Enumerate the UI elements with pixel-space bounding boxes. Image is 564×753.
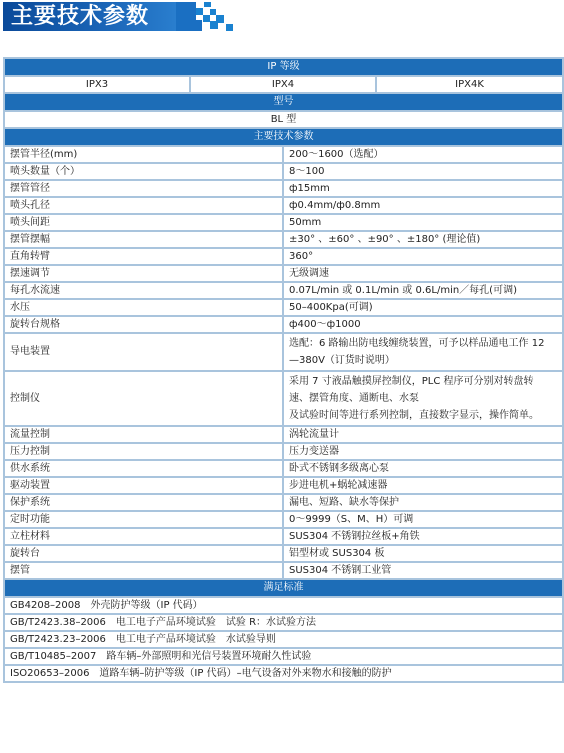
standard-item: GB/T2423.38–2006 电工电子产品环境试验 试验 R：水试验方法 bbox=[4, 614, 563, 631]
param-label: 喷头数量（个） bbox=[4, 163, 283, 180]
table-row: 旋转台铝型材或 SUS304 板 bbox=[4, 545, 563, 562]
model-header: 型号 bbox=[4, 93, 563, 111]
param-value: ±30° 、±60° 、±90° 、±180° (理论值) bbox=[283, 231, 563, 248]
table-row: 立柱材料SUS304 不锈钢拉丝板+角铁 bbox=[4, 528, 563, 545]
param-value: 0.07L/min 或 0.1L/min 或 0.6L/min／每孔(可调) bbox=[283, 282, 563, 299]
table-row: 控制仪 采用 7 寸液晶触摸屏控制仪，PLC 程序可分别对转盘转 速、摆管角度、… bbox=[4, 371, 563, 426]
param-value-line: 速、摆管角度、通断电、水泵 bbox=[289, 390, 557, 407]
param-value: ф15mm bbox=[283, 180, 563, 197]
param-label: 水压 bbox=[4, 299, 283, 316]
param-label: 直角转臂 bbox=[4, 248, 283, 265]
param-label: 保护系统 bbox=[4, 494, 283, 511]
param-value: 步进电机+蜗轮减速器 bbox=[283, 477, 563, 494]
standard-row: GB/T2423.38–2006 电工电子产品环境试验 试验 R：水试验方法 bbox=[4, 614, 563, 631]
table-row: 摆速调节无级调速 bbox=[4, 265, 563, 282]
param-value: SUS304 不锈钢工业管 bbox=[283, 562, 563, 579]
param-label: 喷头间距 bbox=[4, 214, 283, 231]
standards-header-row: 满足标准 bbox=[4, 579, 563, 597]
table-row: 水压50–400Kpa(可调) bbox=[4, 299, 563, 316]
standard-row: GB4208–2008 外壳防护等级（IP 代码） bbox=[4, 597, 563, 614]
ip-grade-values-row: IPX3 IPX4 IPX4K bbox=[4, 76, 563, 93]
table-row: 喷头间距50mm bbox=[4, 214, 563, 231]
param-value: 铝型材或 SUS304 板 bbox=[283, 545, 563, 562]
param-value: 50–400Kpa(可调) bbox=[283, 299, 563, 316]
table-row: 旋转台规格ф400～ф1000 bbox=[4, 316, 563, 333]
param-value: 漏电、短路、缺水等保护 bbox=[283, 494, 563, 511]
table-row: 摆管SUS304 不锈钢工业管 bbox=[4, 562, 563, 579]
table-row: 每孔水流速0.07L/min 或 0.1L/min 或 0.6L/min／每孔(… bbox=[4, 282, 563, 299]
table-row: 摆管半径(mm)200～1600（选配） bbox=[4, 146, 563, 163]
standards-header: 满足标准 bbox=[4, 579, 563, 597]
param-value: 0～9999（S、M、H）可调 bbox=[283, 511, 563, 528]
param-value-line: 及试验时间等进行系列控制，直接数字显示，操作简单。 bbox=[289, 407, 557, 424]
param-value: 无级调速 bbox=[283, 265, 563, 282]
ip-grade-value: IPX4 bbox=[190, 76, 376, 93]
ip-grade-value: IPX3 bbox=[4, 76, 190, 93]
standard-item: ISO20653–2006 道路车辆–防护等级（IP 代码）–电气设备对外来物水… bbox=[4, 665, 563, 682]
param-value: 卧式不锈钢多级离心泵 bbox=[283, 460, 563, 477]
param-value: 200～1600（选配） bbox=[283, 146, 563, 163]
param-value: ф400～ф1000 bbox=[283, 316, 563, 333]
param-label: 每孔水流速 bbox=[4, 282, 283, 299]
table-row: 定时功能0～9999（S、M、H）可调 bbox=[4, 511, 563, 528]
page-title: 主要技术参数 bbox=[3, 2, 179, 31]
param-value: 50mm bbox=[283, 214, 563, 231]
params-header-row: 主要技术参数 bbox=[4, 128, 563, 146]
model-header-row: 型号 bbox=[4, 93, 563, 111]
model-value: BL 型 bbox=[4, 111, 563, 128]
table-row: 喷头孔径ф0.4mm/ф0.8mm bbox=[4, 197, 563, 214]
spec-table: IP 等级 IPX3 IPX4 IPX4K 型号 BL 型 主要技术参数 摆管半… bbox=[3, 57, 562, 683]
param-value: 360° bbox=[283, 248, 563, 265]
param-value: 采用 7 寸液晶触摸屏控制仪，PLC 程序可分别对转盘转 速、摆管角度、通断电、… bbox=[283, 371, 563, 426]
ip-grade-value: IPX4K bbox=[376, 76, 563, 93]
param-value-line: 选配：6 路输出防电线缠绕装置，可予以样品通电工作 12 bbox=[289, 335, 557, 352]
param-value-line: 采用 7 寸液晶触摸屏控制仪，PLC 程序可分别对转盘转 bbox=[289, 373, 557, 390]
param-label: 定时功能 bbox=[4, 511, 283, 528]
param-label: 控制仪 bbox=[4, 371, 283, 426]
table-row: 流量控制涡轮流量计 bbox=[4, 426, 563, 443]
param-value: ф0.4mm/ф0.8mm bbox=[283, 197, 563, 214]
param-label: 喷头孔径 bbox=[4, 197, 283, 214]
table-row: 压力控制压力变送器 bbox=[4, 443, 563, 460]
table-row: 供水系统卧式不锈钢多级离心泵 bbox=[4, 460, 563, 477]
param-value-line: —380V（订货时说明） bbox=[289, 352, 557, 369]
param-label: 旋转台规格 bbox=[4, 316, 283, 333]
param-label: 导电装置 bbox=[4, 333, 283, 371]
param-label: 供水系统 bbox=[4, 460, 283, 477]
param-label: 摆管管径 bbox=[4, 180, 283, 197]
ip-grade-header: IP 等级 bbox=[4, 58, 563, 76]
standard-item: GB/T2423.23–2006 电工电子产品环境试验 水试验导则 bbox=[4, 631, 563, 648]
standard-item: GB4208–2008 外壳防护等级（IP 代码） bbox=[4, 597, 563, 614]
param-label: 摆速调节 bbox=[4, 265, 283, 282]
param-value: SUS304 不锈钢拉丝板+角铁 bbox=[283, 528, 563, 545]
table-row: 直角转臂360° bbox=[4, 248, 563, 265]
param-label: 旋转台 bbox=[4, 545, 283, 562]
table-row: 摆管摆幅±30° 、±60° 、±90° 、±180° (理论值) bbox=[4, 231, 563, 248]
param-value: 压力变送器 bbox=[283, 443, 563, 460]
standard-row: ISO20653–2006 道路车辆–防护等级（IP 代码）–电气设备对外来物水… bbox=[4, 665, 563, 682]
table-row: 驱动装置步进电机+蜗轮减速器 bbox=[4, 477, 563, 494]
ip-grade-header-row: IP 等级 bbox=[4, 58, 563, 76]
table-row: 喷头数量（个）8～100 bbox=[4, 163, 563, 180]
param-value: 选配：6 路输出防电线缠绕装置，可予以样品通电工作 12 —380V（订货时说明… bbox=[283, 333, 563, 371]
standard-item: GB/T10485–2007 路车辆–外部照明和光信号装置环境耐久性试验 bbox=[4, 648, 563, 665]
param-label: 摆管 bbox=[4, 562, 283, 579]
standard-row: GB/T10485–2007 路车辆–外部照明和光信号装置环境耐久性试验 bbox=[4, 648, 563, 665]
params-header: 主要技术参数 bbox=[4, 128, 563, 146]
standard-row: GB/T2423.23–2006 电工电子产品环境试验 水试验导则 bbox=[4, 631, 563, 648]
param-value: 涡轮流量计 bbox=[283, 426, 563, 443]
param-value: 8～100 bbox=[283, 163, 563, 180]
param-label: 摆管摆幅 bbox=[4, 231, 283, 248]
table-row: 导电装置 选配：6 路输出防电线缠绕装置，可予以样品通电工作 12 —380V（… bbox=[4, 333, 563, 371]
model-value-row: BL 型 bbox=[4, 111, 563, 128]
param-label: 驱动装置 bbox=[4, 477, 283, 494]
param-label: 压力控制 bbox=[4, 443, 283, 460]
param-label: 流量控制 bbox=[4, 426, 283, 443]
param-label: 立柱材料 bbox=[4, 528, 283, 545]
param-label: 摆管半径(mm) bbox=[4, 146, 283, 163]
table-row: 保护系统漏电、短路、缺水等保护 bbox=[4, 494, 563, 511]
table-row: 摆管管径ф15mm bbox=[4, 180, 563, 197]
